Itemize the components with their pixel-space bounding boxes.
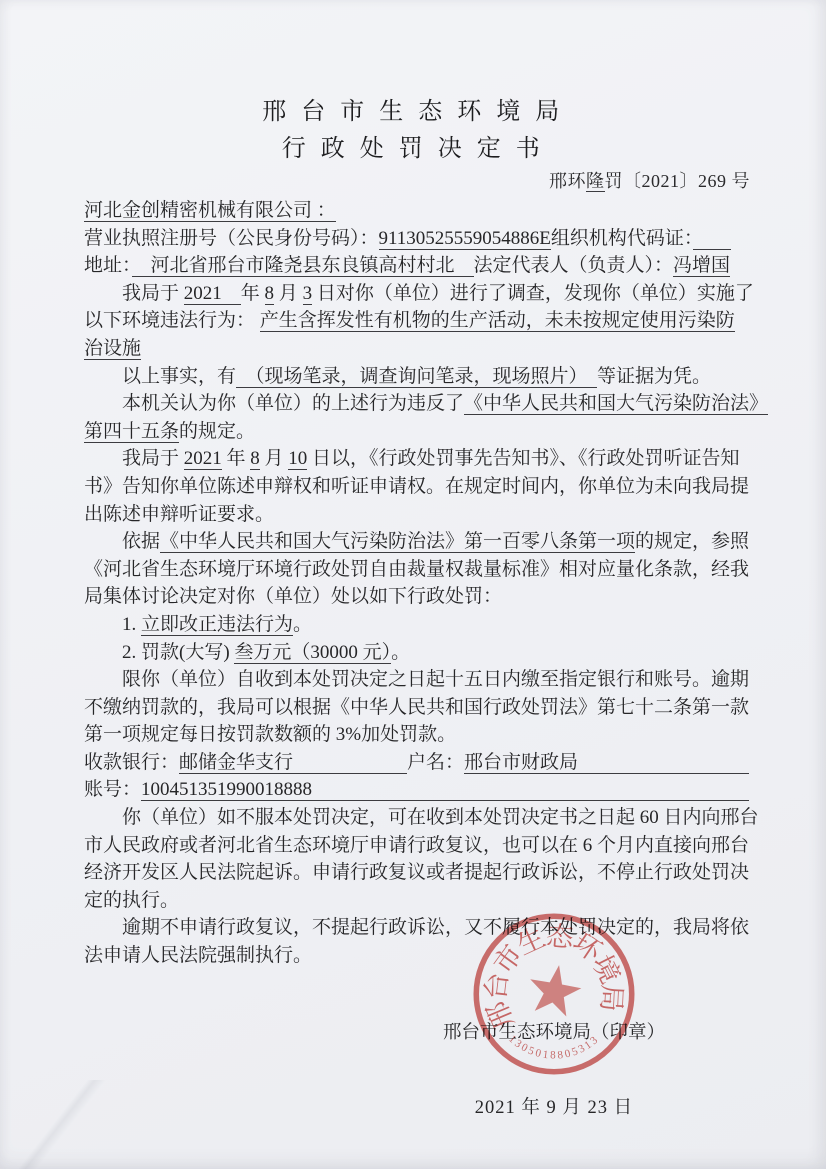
- text-segment: 我局于: [122, 448, 184, 469]
- text-segment: 户名：: [407, 752, 464, 773]
- text-segment: 出陈述申辩听证要求。: [84, 504, 274, 525]
- text-segment: 收款银行：: [84, 752, 179, 773]
- underlined-text: （现场笔录，调查询问笔录，现场照片）: [236, 366, 597, 388]
- underlined-text: 10: [288, 448, 307, 470]
- text-segment: 年: [241, 283, 265, 304]
- text-segment: 账号：: [84, 779, 141, 800]
- signature-block: 邢台市生态环境局（印章） 2021 年 9 月 23 日: [398, 976, 710, 1144]
- underlined-text: 《中华人民共和国大气污染防治法》第一百零八条第一项: [160, 531, 635, 553]
- text-segment: 营业执照注册号（公民身份号码）：: [84, 228, 379, 249]
- body-line: 本机关认为你（单位）的上述行为违反了《中华人民共和国大气污染防治法》: [84, 390, 760, 418]
- text-segment: 地址：: [84, 255, 132, 276]
- text-segment: 月: [260, 448, 289, 469]
- body-line: 《河北省生态环境厅环境行政处罚自由裁量权裁量标准》相对应量化条款，经我: [84, 556, 760, 584]
- body-line: 书》告知你单位陈述申辩权和听证申请权。在规定时间内，你单位为未向我局提: [84, 473, 760, 501]
- text-segment: 限你（单位）自收到本处罚决定之日起十五日内缴至指定银行和账号。逾期: [122, 669, 749, 690]
- body-line: 以下环境违法行为： 产生含挥发性有机物的生产活动，未未按规定使用污染防: [84, 307, 760, 335]
- underlined-text: 叁万元（30000 元）: [234, 642, 391, 664]
- text-segment: 的规定，参照: [635, 531, 749, 552]
- body-line: 账号：100451351990018888: [84, 776, 760, 804]
- underlined-text: 河北金创精密机械有限公司 ：: [84, 200, 336, 222]
- text-segment: 本机关认为你（单位）的上述行为违反了: [122, 393, 464, 414]
- text-segment: 不缴纳罚款的，我局可以根据《中华人民共和国行政处罚法》第七十二条第一款: [84, 697, 749, 718]
- body-line: 出陈述申辩听证要求。: [84, 501, 760, 529]
- document-title: 行 政 处 罚 决 定 书: [0, 131, 826, 168]
- underlined-text: 河北省邢台市隆尧县东良镇高村村北: [132, 255, 474, 277]
- underlined-text: 2021: [184, 283, 241, 305]
- underlined-text: 冯增国: [673, 255, 730, 277]
- body-line: 我局于 2021 年 8 月 10 日以，《行政处罚事先告知书》、《行政处罚听证…: [84, 445, 760, 473]
- text-segment: 第一项规定每日按罚款数额的 3%加处罚款。: [84, 724, 456, 745]
- text-segment: 邢环: [549, 171, 586, 191]
- underlined-text: 2021: [184, 448, 222, 470]
- text-segment: 的规定。: [179, 421, 255, 442]
- body-line: 第四十五条的规定。: [84, 418, 760, 446]
- text-segment: 1.: [122, 614, 141, 635]
- document-header: 邢 台 市 生 态 环 境 局 行 政 处 罚 决 定 书: [0, 94, 826, 168]
- body-line: 法申请人民法院强制执行。: [84, 942, 760, 970]
- body-line: 河北金创精密机械有限公司 ：: [84, 197, 760, 225]
- text-segment: 年: [222, 448, 251, 469]
- text-segment: 2. 罚款(大写): [122, 642, 234, 663]
- underlined-text: [693, 228, 731, 250]
- body-line: 营业执照注册号（公民身份号码）：91130525559054886E组织机构代码…: [84, 225, 760, 253]
- underlined-text: 治设施: [84, 338, 141, 360]
- agency-title: 邢 台 市 生 态 环 境 局: [0, 94, 826, 131]
- text-segment: 局集体讨论决定对你（单位）处以如下行政处罚：: [84, 586, 502, 607]
- body-line: 第一项规定每日按罚款数额的 3%加处罚款。: [84, 721, 760, 749]
- body-line: 经济开发区人民法院起诉。申请行政复议或者提起行政诉讼，不停止行政处罚决: [84, 859, 760, 887]
- underlined-text: 3: [303, 283, 313, 305]
- body-line: 2. 罚款(大写) 叁万元（30000 元）。: [84, 639, 760, 667]
- body-line: 市人民政府或者河北省生态环境厅申请行政复议，也可以在 6 个月内直接向邢台: [84, 832, 760, 860]
- underlined-text: 8: [265, 283, 275, 305]
- doc-number: 邢环隆罚〔2021〕269 号: [84, 167, 750, 193]
- body-line: 逾期不申请行政复议，不提起行政诉讼，又不履行本处罚决定的，我局将依: [84, 914, 760, 942]
- text-segment: 以下环境违法行为：: [84, 310, 260, 331]
- body-line: 收款银行：邮储金华支行 户名：邢台市财政局: [84, 749, 760, 777]
- text-segment: 罚〔2021〕269 号: [605, 171, 751, 191]
- body-line: 治设施: [84, 335, 760, 363]
- underlined-text: 100451351990018888: [141, 779, 749, 801]
- text-segment: 月: [274, 283, 303, 304]
- body-line: 我局于 2021 年 8 月 3 日对你（单位）进行了调查，发现你（单位）实施了: [84, 280, 760, 308]
- text-segment: 书》告知你单位陈述申辩权和听证申请权。在规定时间内，你单位为未向我局提: [84, 476, 749, 497]
- signature-date: 2021 年 9 月 23 日: [398, 1093, 710, 1123]
- text-segment: 法定代表人（负责人）：: [474, 255, 674, 276]
- text-segment: 。: [391, 642, 410, 663]
- text-segment: 你（单位）如不服本处罚决定，可在收到本处罚决定书之日起 60 日内向邢台: [122, 807, 759, 828]
- underlined-text: 立即改正违法行为: [141, 614, 293, 636]
- text-segment: 逾期不申请行政复议，不提起行政诉讼，又不履行本处罚决定的，我局将依: [122, 917, 749, 938]
- signature-org: 邢台市生态环境局（印章）: [398, 1018, 710, 1048]
- text-segment: 市人民政府或者河北省生态环境厅申请行政复议，也可以在 6 个月内直接向邢台: [84, 835, 749, 856]
- scan-crease: [0, 1080, 120, 1169]
- text-segment: 日对你（单位）进行了调查，发现你（单位）实施了: [312, 283, 754, 304]
- text-segment: 我局于: [122, 283, 184, 304]
- body-line: 不缴纳罚款的，我局可以根据《中华人民共和国行政处罚法》第七十二条第一款: [84, 694, 760, 722]
- body-line: 限你（单位）自收到本处罚决定之日起十五日内缴至指定银行和账号。逾期: [84, 666, 760, 694]
- document-body: 河北金创精密机械有限公司 ：营业执照注册号（公民身份号码）：9113052555…: [84, 197, 760, 970]
- text-segment: 。: [293, 614, 312, 635]
- scanned-document-page: { "header": { "title_line1": "邢 台 市 生 态 …: [0, 0, 826, 1169]
- text-segment: 日以，《行政处罚事先告知书》、《行政处罚听证告知: [307, 448, 739, 469]
- body-line: 定的执行。: [84, 887, 760, 915]
- body-line: 1. 立即改正违法行为。: [84, 611, 760, 639]
- body-line: 以上事实，有 （现场笔录，调查询问笔录，现场照片） 等证据为凭。: [84, 363, 760, 391]
- text-segment: 组织机构代码证：: [551, 228, 694, 249]
- text-segment: 定的执行。: [84, 890, 179, 911]
- body-line: 依据《中华人民共和国大气污染防治法》第一百零八条第一项的规定，参照: [84, 528, 760, 556]
- underlined-text: 产生含挥发性有机物的生产活动，未未按规定使用污染防: [260, 310, 735, 332]
- body-line: 你（单位）如不服本处罚决定，可在收到本处罚决定书之日起 60 日内向邢台: [84, 804, 760, 832]
- text-segment: 法申请人民法院强制执行。: [84, 945, 312, 966]
- underlined-text: 8: [250, 448, 260, 470]
- underlined-text: 隆: [586, 171, 605, 192]
- underlined-text: 邢台市财政局: [464, 752, 749, 774]
- underlined-text: 邮储金华支行: [179, 752, 407, 774]
- text-segment: 依据: [122, 531, 160, 552]
- text-segment: 以上事实，有: [122, 366, 236, 387]
- underlined-text: 第四十五条: [84, 421, 179, 443]
- text-segment: 经济开发区人民法院起诉。申请行政复议或者提起行政诉讼，不停止行政处罚决: [84, 862, 749, 883]
- underlined-text: 《中华人民共和国大气污染防治法》: [464, 393, 768, 415]
- text-segment: 《河北省生态环境厅环境行政处罚自由裁量权裁量标准》相对应量化条款，经我: [84, 559, 749, 580]
- underlined-text: 91130525559054886E: [379, 228, 551, 250]
- body-line: 地址： 河北省邢台市隆尧县东良镇高村村北 法定代表人（负责人）：冯增国: [84, 252, 760, 280]
- body-line: 局集体讨论决定对你（单位）处以如下行政处罚：: [84, 583, 760, 611]
- text-segment: 等证据为凭。: [597, 366, 711, 387]
